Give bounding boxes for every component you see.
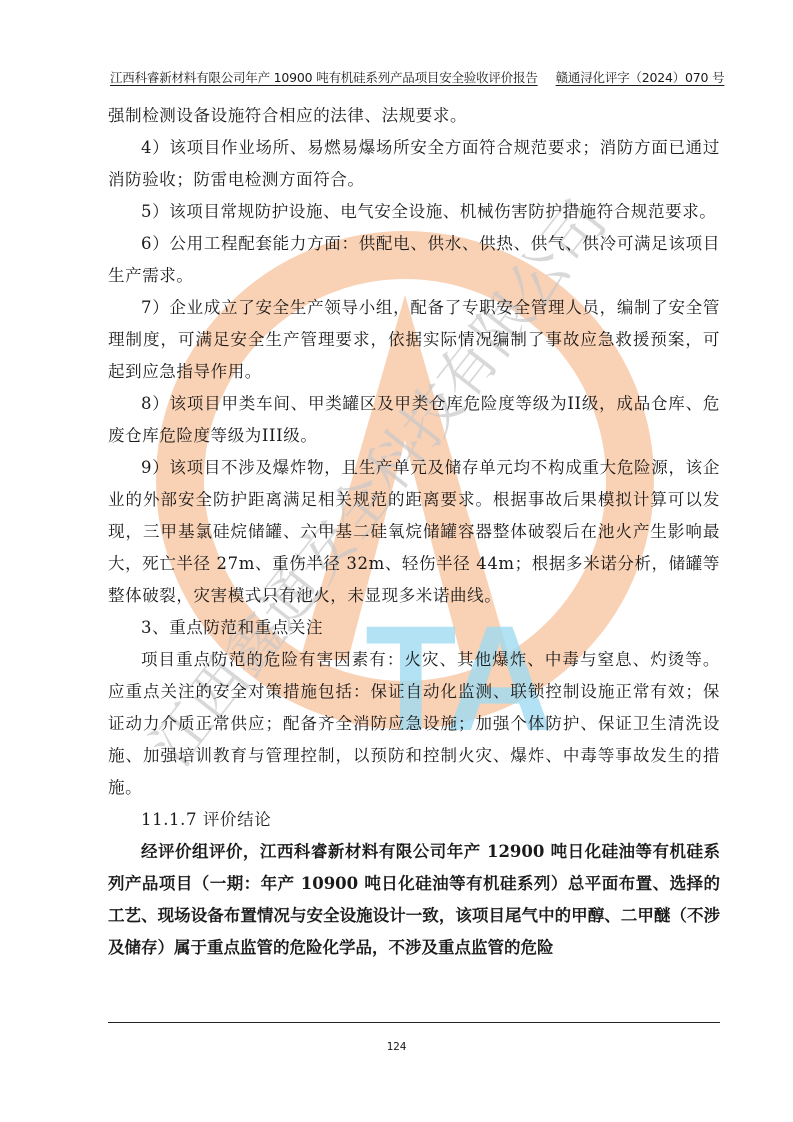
page-number: 124	[0, 1040, 793, 1053]
body-text: 强制检测设备设施符合相应的法律、法规要求。 4）该项目作业场所、易燃易爆场所安全…	[108, 100, 720, 964]
paragraph-key-hazards: 项目重点防范的危险有害因素有：火灾、其他爆炸、中毒与窒息、灼烫等。应重点关注的安…	[108, 644, 720, 804]
paragraph-item-9: 9）该项目不涉及爆炸物，且生产单元及储存单元均不构成重大危险源，该企业的外部安全…	[108, 452, 720, 612]
paragraph-item-5: 5）该项目常规防护设施、电气安全设施、机械伤害防护措施符合规范要求。	[108, 196, 720, 228]
section-heading-key-prevention: 3、重点防范和重点关注	[108, 612, 720, 644]
paragraph-item-7: 7）企业成立了安全生产领导小组，配备了专职安全管理人员，编制了安全管理制度，可满…	[108, 292, 720, 388]
paragraph-item-8: 8）该项目甲类车间、甲类罐区及甲类仓库危险度等级为II级，成品仓库、危废仓库危险…	[108, 388, 720, 452]
footer-divider	[108, 1022, 720, 1023]
section-heading-conclusion: 11.1.7 评价结论	[108, 804, 720, 836]
document-page: TA 江西鑫通安全科技有限公司 江西科睿新材料有限公司年产 10900 吨有机硅…	[0, 0, 793, 1122]
report-title: 江西科睿新材料有限公司年产 10900 吨有机硅系列产品项目安全验收评价报告	[110, 70, 538, 85]
paragraph-item-4: 4）该项目作业场所、易燃易爆场所安全方面符合规范要求；消防方面已通过消防验收；防…	[108, 132, 720, 196]
document-number: 赣通浔化评字（2024）070 号	[556, 70, 725, 85]
paragraph-conclusion: 经评价组评价，江西科睿新材料有限公司年产 12900 吨日化硅油等有机硅系列产品…	[108, 836, 720, 964]
paragraph-item-6: 6）公用工程配套能力方面：供配电、供水、供热、供气、供冷可满足该项目生产需求。	[108, 228, 720, 292]
page-header: 江西科睿新材料有限公司年产 10900 吨有机硅系列产品项目安全验收评价报告赣通…	[110, 68, 715, 86]
paragraph: 强制检测设备设施符合相应的法律、法规要求。	[108, 100, 720, 132]
